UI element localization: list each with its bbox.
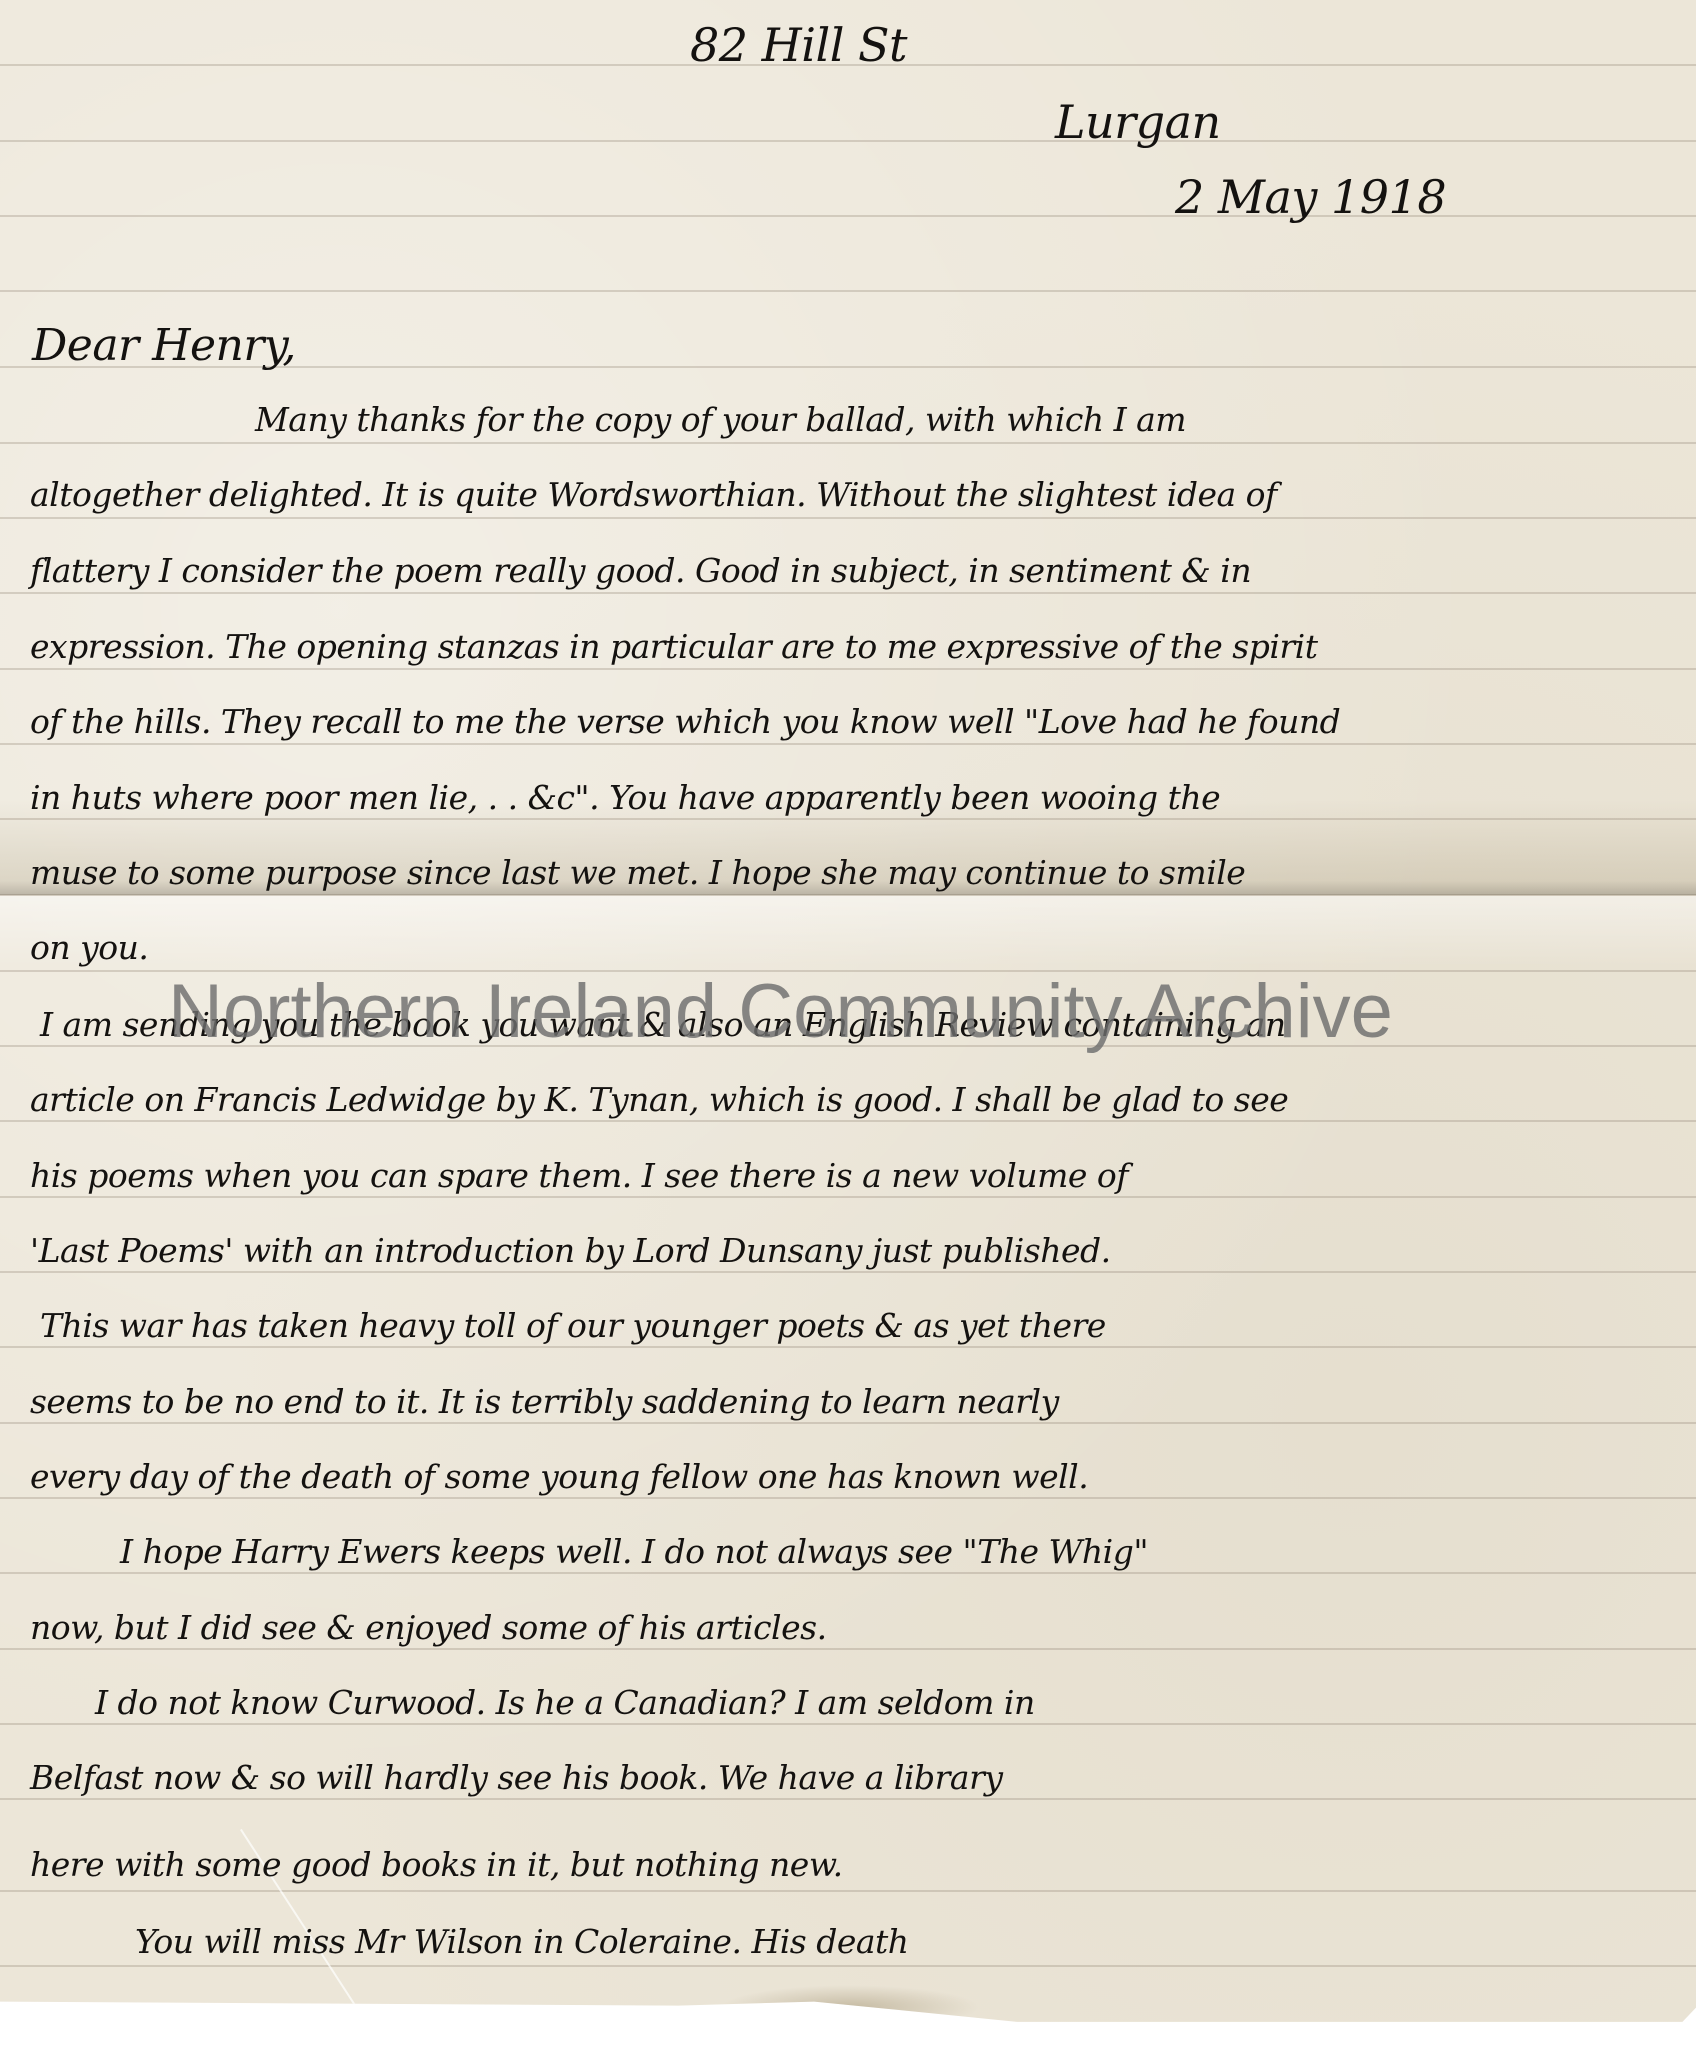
letter-line: This war has taken heavy toll of our you… [40,1306,1106,1345]
letter-line: I am sending you the book you want & als… [40,1005,1286,1044]
letter-line: here with some good books in it, but not… [30,1845,843,1884]
ruled-line [0,1045,1696,1047]
letter-line: altogether delighted. It is quite Wordsw… [30,475,1277,514]
letter-line: his poems when you can spare them. I see… [30,1156,1128,1195]
ruled-line [0,1196,1696,1198]
ruled-line [0,1965,1696,1967]
letter-line: of the hills. They recall to me the vers… [30,702,1340,741]
letter-line: 'Last Poems' with an introduction by Lor… [30,1231,1111,1270]
letter-line: I hope Harry Ewers keeps well. I do not … [120,1532,1148,1571]
fold-crease-highlight [0,896,1696,966]
ruled-line [0,517,1696,519]
ruled-line [0,1497,1696,1499]
letter-line: flattery I consider the poem really good… [30,551,1251,590]
letter-line: every day of the death of some young fel… [30,1457,1088,1496]
ruled-line [0,970,1696,972]
ruled-line [0,1723,1696,1725]
address-street: 82 Hill St [690,18,907,72]
letter-line: now, but I did see & enjoyed some of his… [30,1608,827,1647]
letter-line: You will miss Mr Wilson in Coleraine. Hi… [135,1922,909,1961]
address-town: Lurgan [1055,95,1221,149]
letter-line: Belfast now & so will hardly see his boo… [30,1758,1003,1797]
letter-line: muse to some purpose since last we met. … [30,853,1245,892]
ruled-line [0,140,1696,142]
ruled-line [0,1572,1696,1574]
salutation: Dear Henry, [32,320,296,371]
ruled-line [0,290,1696,292]
ruled-line [0,442,1696,444]
ruled-line [0,1890,1696,1892]
letter-line: article on Francis Ledwidge by K. Tynan,… [30,1080,1288,1119]
ruled-line [0,1648,1696,1650]
letter-line: in huts where poor men lie, . . &c". You… [30,778,1220,817]
ruled-line [0,1120,1696,1122]
ruled-line [0,668,1696,670]
ruled-line [0,592,1696,594]
letter-line: Many thanks for the copy of your ballad,… [255,400,1186,439]
letter-line: I do not know Curwood. Is he a Canadian?… [95,1683,1035,1722]
letter-date: 2 May 1918 [1175,170,1446,224]
ruled-line [0,1271,1696,1273]
ruled-line [0,743,1696,745]
ruled-line [0,1798,1696,1800]
ruled-line [0,1346,1696,1348]
letter-line: expression. The opening stanzas in parti… [30,627,1317,666]
ruled-line [0,1422,1696,1424]
paper-stain [720,1985,980,2030]
scanned-letter-page: 82 Hill St Lurgan 2 May 1918 Dear Henry,… [0,0,1707,2048]
letter-line: on you. [30,928,148,967]
letter-line: seems to be no end to it. It is terribly… [30,1382,1059,1421]
paper-sheet: 82 Hill St Lurgan 2 May 1918 Dear Henry,… [0,0,1696,2030]
